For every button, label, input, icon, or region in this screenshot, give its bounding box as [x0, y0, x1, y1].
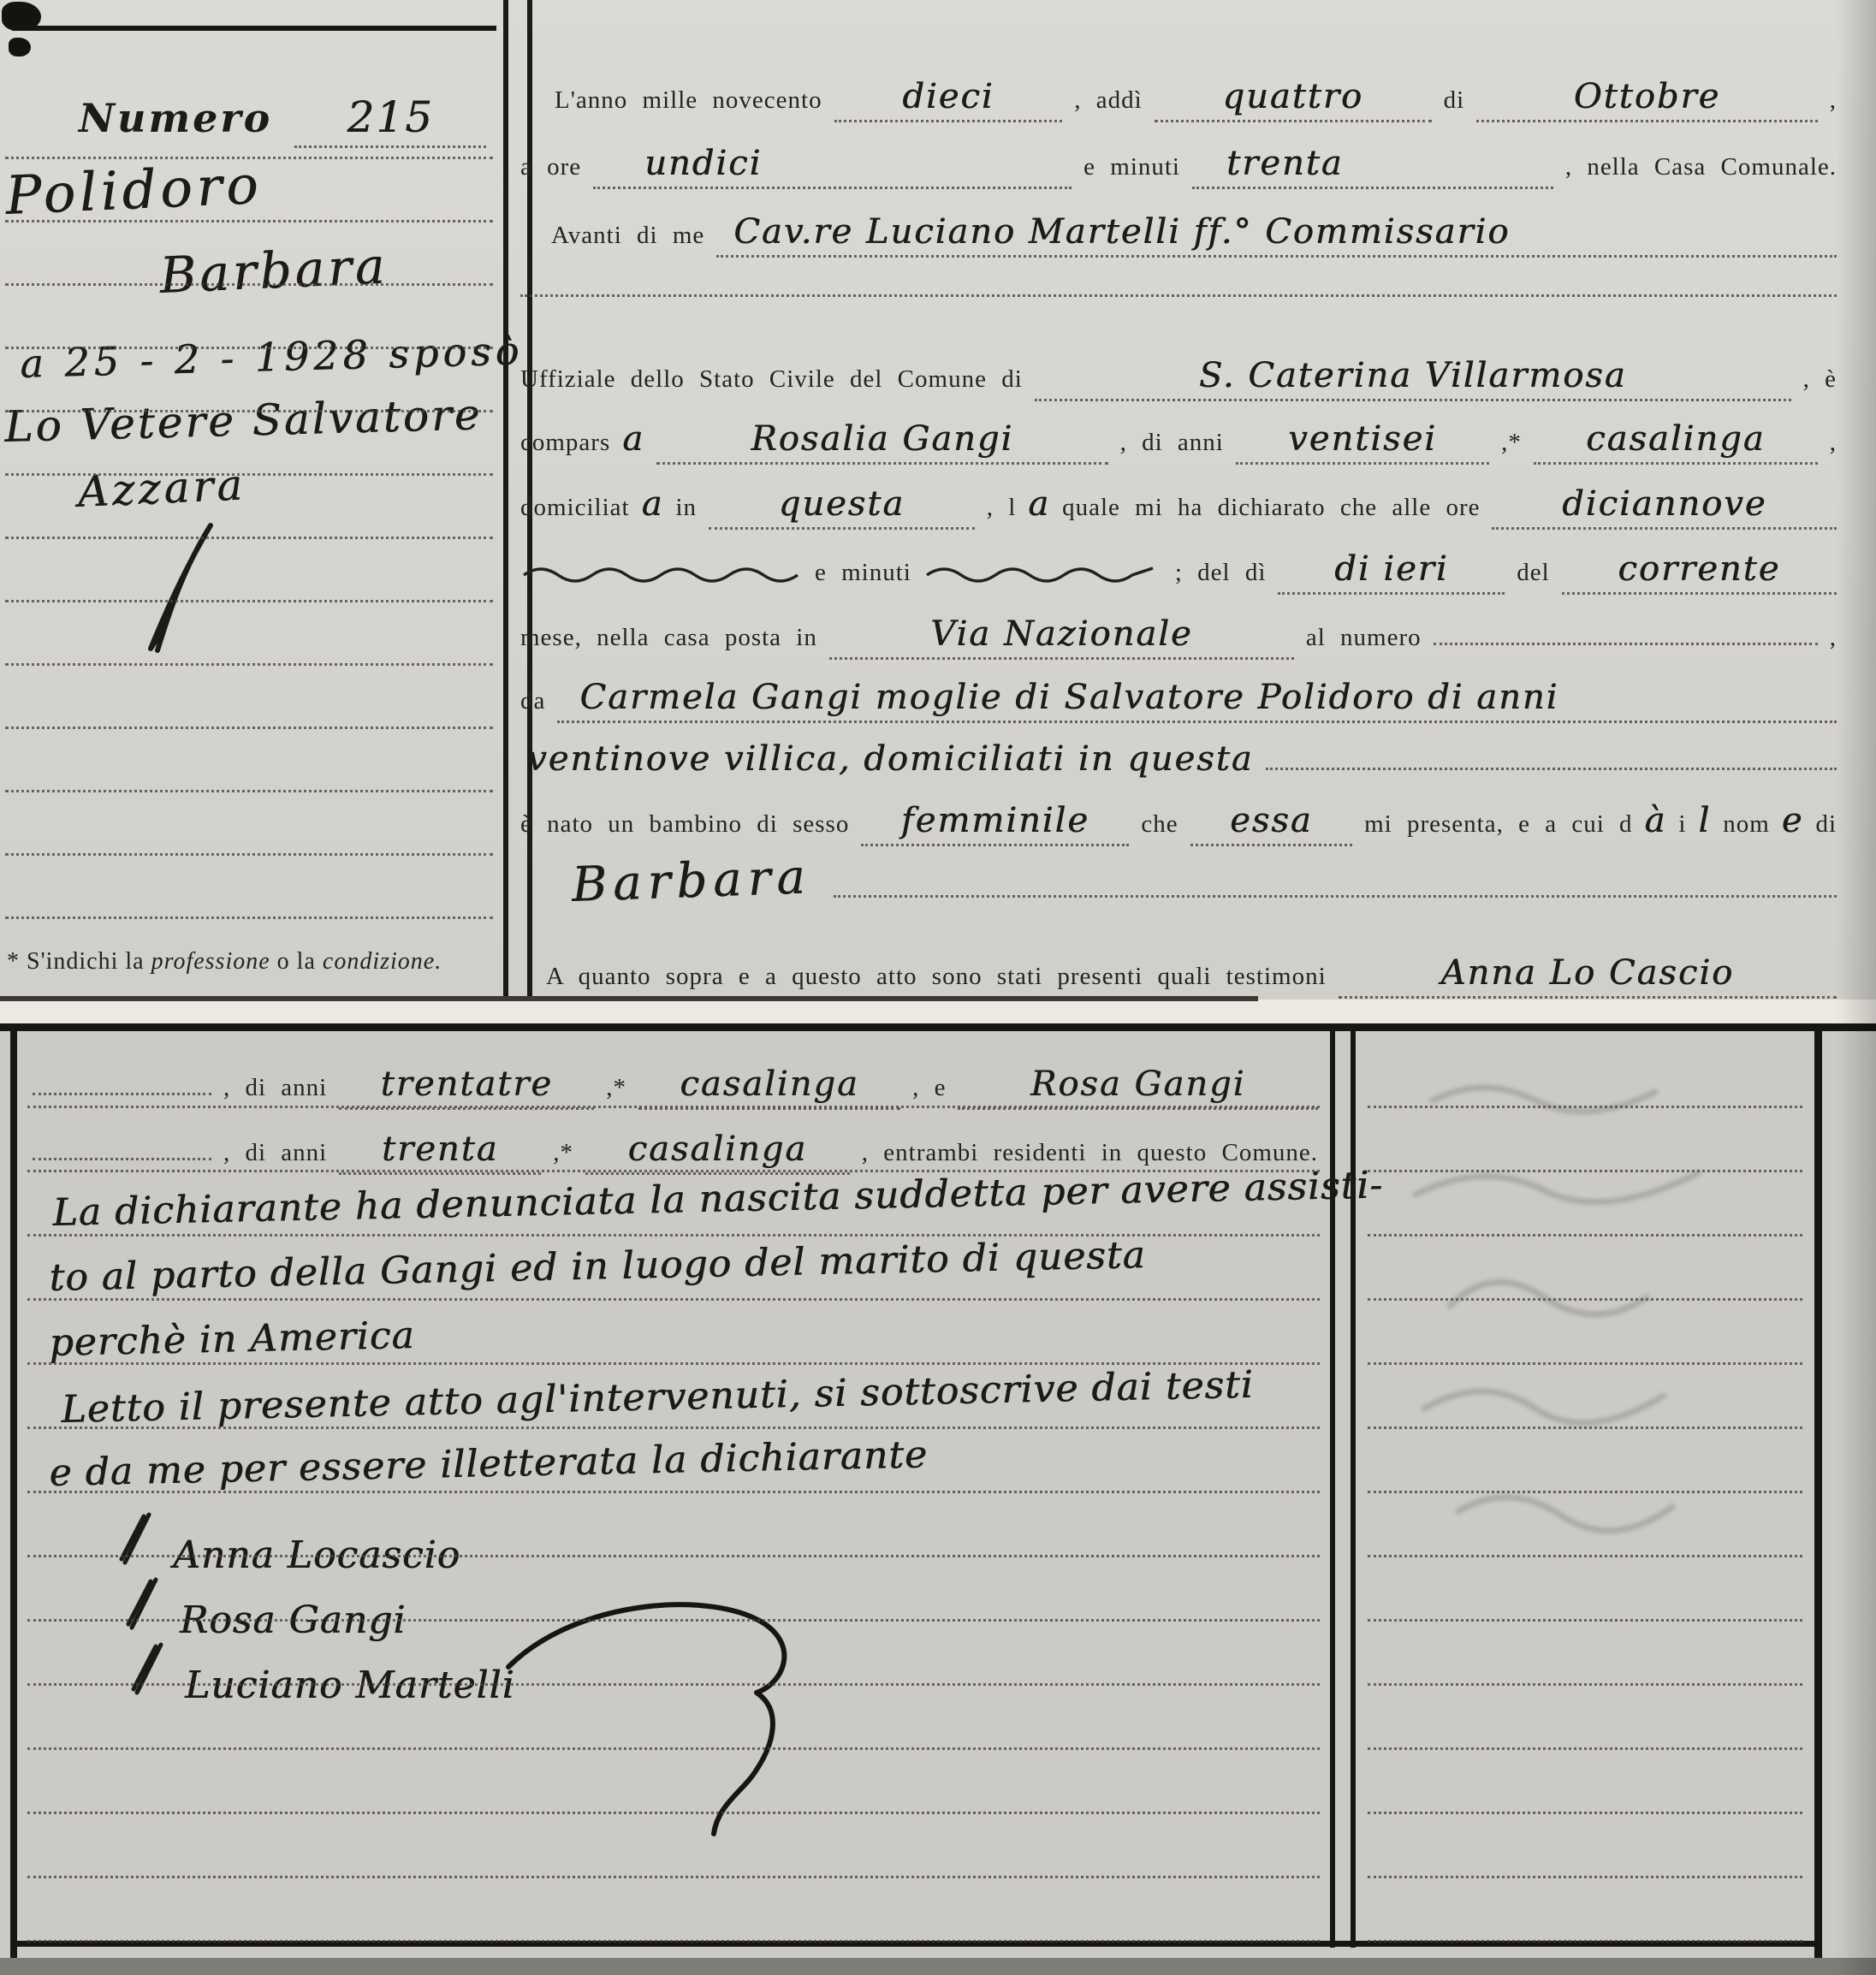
- printed-text: ,*: [1501, 429, 1522, 457]
- profession-fill: casalinga: [1534, 419, 1818, 465]
- presenter-fill: essa: [1190, 801, 1352, 846]
- closing-formula-line-2: e da me per essere illetterata la dichia…: [49, 1433, 928, 1495]
- witness3-name-fill: Rosa Gangi: [958, 1065, 1318, 1110]
- annotation-line-3: perchè in America: [49, 1314, 415, 1365]
- month-fill: Ottobre: [1476, 77, 1818, 122]
- printed-text: è nato un bambino di sesso: [520, 810, 849, 839]
- age-fill: ventisei: [1236, 419, 1489, 465]
- ruled-dotted-line: [1368, 1106, 1802, 1108]
- sex-fill: femminile: [861, 801, 1129, 846]
- ruled-dotted-line: [1368, 1362, 1802, 1365]
- printed-text: , di anni: [223, 1074, 327, 1102]
- letter-fill: l: [1698, 801, 1711, 840]
- ruled-dotted-line: [27, 1298, 1320, 1301]
- letter-fill: à: [1645, 801, 1667, 840]
- printed-text: A quanto sopra e a questo atto sono stat…: [546, 963, 1327, 991]
- witness2-profession-fill: casalinga: [638, 1065, 900, 1110]
- ruled-dotted-line: [1368, 1683, 1802, 1686]
- footnote-professione: professione: [151, 948, 270, 975]
- witness3-profession-fill: casalinga: [585, 1130, 850, 1175]
- act-continuation-page: , di anni trentatre ,* casalinga , e Ros…: [0, 1023, 1876, 1975]
- empty-fill: [33, 1154, 211, 1160]
- footnote-text: * S'indichi la: [7, 948, 151, 975]
- minutes-fill: trenta: [1192, 144, 1553, 189]
- printed-text: ,*: [553, 1139, 573, 1167]
- ruled-dotted-line: [1368, 1426, 1802, 1429]
- nullified-blank-squiggle: [923, 561, 1163, 584]
- signature-row-1: Anna Locascio: [118, 1511, 460, 1577]
- witness2-age-fill: trentatre: [339, 1065, 594, 1110]
- house-number-fill: [1434, 639, 1818, 645]
- ruled-dotted-line: [5, 600, 493, 602]
- printed-text: di: [1815, 810, 1837, 839]
- printed-text: ,: [1830, 429, 1837, 457]
- printed-text: da: [520, 687, 545, 715]
- ruled-dotted-line: [27, 1234, 1320, 1237]
- printed-text: e minuti: [1083, 153, 1180, 181]
- blank-ruled-line: [520, 291, 1837, 330]
- act-line-3: Avanti di me Cav.re Luciano Martelli ff.…: [520, 212, 1837, 258]
- numero-label: Numero: [79, 95, 272, 141]
- ruled-dotted-line: [5, 473, 493, 476]
- act-line-1: L'anno mille novecento dieci , addì quat…: [520, 77, 1837, 122]
- printed-text: , è: [1803, 365, 1837, 394]
- ruled-dotted-line: [5, 853, 493, 856]
- footnote-condizione: condizione.: [323, 948, 442, 975]
- act-line-4: Uffiziale dello Stato Civile del Comune …: [520, 356, 1837, 401]
- act-number: 215: [294, 92, 486, 148]
- continuation-main-column: , di anni trentatre ,* casalinga , e Ros…: [24, 1023, 1325, 1948]
- printed-text: i: [1678, 810, 1686, 839]
- printed-text: quale mi ha dichiarato che alle ore: [1062, 494, 1480, 522]
- bleedthrough-ink: [1381, 1049, 1784, 1580]
- scan-edge-shading: [1837, 0, 1876, 1975]
- printed-text: Avanti di me: [551, 222, 704, 250]
- printed-text: ,: [1830, 624, 1837, 652]
- act-line-10: ventinove villica, domiciliati in questa: [520, 739, 1837, 779]
- child-given-name: Barbara: [158, 236, 389, 305]
- birth-hour-fill: diciannove: [1492, 484, 1837, 530]
- mother-statement-fill: Carmela Gangi moglie di Salvatore Polido…: [557, 678, 1837, 723]
- printed-text: a ore: [520, 153, 581, 181]
- printed-text: in: [675, 494, 697, 522]
- official-name-fill: Cav.re Luciano Martelli ff.° Commissario: [716, 212, 1837, 258]
- empty-fill: [834, 892, 1837, 898]
- letter-fill: e: [1782, 801, 1804, 840]
- act-line-6: domiciliat a in questa , l a quale mi ha…: [520, 484, 1837, 530]
- printed-text: , e: [912, 1074, 946, 1102]
- printed-text: ; del dì: [1175, 559, 1267, 587]
- printed-text: che: [1141, 810, 1178, 839]
- signature-paraph: [125, 1576, 161, 1633]
- ruled-dotted-line: [1368, 1555, 1802, 1557]
- empty-fill: [520, 291, 1837, 297]
- act-line-12: Barbara: [520, 854, 1837, 913]
- witness1-name-fill: Anna Lo Cascio: [1339, 953, 1837, 999]
- signature-flourish: [500, 1590, 825, 1847]
- printed-text: , di anni: [1120, 429, 1224, 457]
- marriage-note-line1: a 25 - 2 - 1928 sposò: [20, 328, 524, 387]
- ruled-dotted-line: [27, 1362, 1320, 1365]
- signature-paraph: [130, 1641, 166, 1698]
- printed-text: Uffiziale dello Stato Civile del Comune …: [520, 365, 1023, 394]
- ruled-dotted-line: [1368, 1170, 1802, 1172]
- ruled-dotted-line: [5, 663, 493, 666]
- ruled-dotted-line: [1368, 1619, 1802, 1622]
- marriage-note-line3: Azzara: [76, 460, 246, 517]
- ruled-dotted-line: [27, 1426, 1320, 1429]
- ruled-dotted-line: [1368, 1491, 1802, 1493]
- ruled-dotted-line: [5, 727, 493, 729]
- year-fill: dieci: [834, 77, 1063, 122]
- signature-paraph: [118, 1511, 154, 1568]
- ruled-dotted-line: [27, 1555, 1320, 1557]
- act-line-13: A quanto sopra e a questo atto sono stat…: [520, 953, 1837, 999]
- act-line-5: compars a Rosalia Gangi , di anni ventis…: [520, 419, 1837, 465]
- gender-suffix-fill: a: [622, 419, 644, 459]
- pen-flourish: [128, 520, 231, 666]
- act-line-2: a ore undici e minuti trenta , nella Cas…: [520, 144, 1837, 189]
- act-line-11: è nato un bambino di sesso femminile che…: [520, 801, 1837, 846]
- ruled-dotted-line: [27, 1683, 1320, 1686]
- printed-text: , di anni: [223, 1139, 327, 1167]
- printed-text: al numero: [1306, 624, 1422, 652]
- printed-text: , nella Casa Comunale.: [1565, 153, 1837, 181]
- ruled-dotted-line: [1368, 1940, 1802, 1942]
- printed-text: ,: [1830, 86, 1837, 115]
- ruled-dotted-line: [5, 347, 493, 349]
- empty-fill: [33, 1089, 211, 1095]
- ruled-dotted-line: [27, 1491, 1320, 1493]
- gender-suffix-fill: a: [642, 484, 664, 524]
- street-fill: Via Nazionale: [829, 614, 1294, 660]
- page-border-right: [1814, 1023, 1822, 1961]
- child-name-fill: Barbara: [519, 849, 822, 918]
- ruled-dotted-line: [27, 1812, 1320, 1814]
- signature-row-3: Luciano Martelli: [130, 1641, 825, 1847]
- printed-text: L'anno mille novecento: [555, 86, 822, 115]
- marriage-note-line2: Lo Vetere Salvatore: [3, 389, 482, 452]
- margin-column: Numero 215 Polidoro Barbara a 25 - 2 - 1…: [0, 0, 503, 999]
- ruled-dotted-line: [27, 1106, 1320, 1108]
- ruled-dotted-line: [27, 1747, 1320, 1750]
- printed-text: ,*: [606, 1074, 626, 1102]
- nullified-blank-squiggle: [520, 561, 803, 584]
- ruled-dotted-line: [5, 283, 493, 286]
- ruled-dotted-line: [5, 157, 493, 159]
- printed-text: domiciliat: [520, 494, 630, 522]
- witness3-age-fill: trenta: [339, 1130, 541, 1175]
- closing-formula-line-1: Letto il presente atto agl'intervenuti, …: [61, 1363, 1254, 1432]
- printed-text: di: [1444, 86, 1465, 115]
- witness-line-2: , di anni trentatre ,* casalinga , e Ros…: [33, 1065, 1318, 1110]
- birth-register-scan: Numero 215 Polidoro Barbara a 25 - 2 - 1…: [0, 0, 1876, 1975]
- margin-divider-rule: [1330, 1023, 1356, 1948]
- printed-text: , addì: [1074, 86, 1142, 115]
- printed-text: , entrambi residenti in questo Comune.: [862, 1139, 1318, 1167]
- child-surname: Polidoro: [4, 153, 264, 227]
- declarant-name-fill: Rosalia Gangi: [656, 419, 1108, 465]
- page-break-gap: [0, 999, 1876, 1023]
- birth-day-fill: di ieri: [1278, 549, 1505, 595]
- act-line-8: mese, nella casa posta in Via Nazionale …: [520, 614, 1837, 660]
- ruled-dotted-line: [5, 537, 493, 539]
- hour-fill: undici: [593, 144, 1072, 189]
- empty-fill: [1266, 764, 1837, 770]
- footnote-text: o la: [270, 948, 323, 975]
- birth-month-fill: corrente: [1562, 549, 1837, 595]
- signature-row-2: Rosa Gangi: [125, 1576, 406, 1642]
- page-edge-shadow: [0, 996, 1258, 1001]
- ruled-dotted-line: [27, 1940, 1320, 1942]
- annotation-line-2: to al parto della Gangi ed in luogo del …: [49, 1233, 1146, 1300]
- day-fill: quattro: [1155, 77, 1432, 122]
- act-line-9: da Carmela Gangi moglie di Salvatore Pol…: [520, 678, 1837, 723]
- printed-text: del: [1517, 559, 1549, 587]
- gender-suffix-fill: a: [1028, 484, 1050, 524]
- ruled-dotted-line: [27, 1619, 1320, 1622]
- ruled-dotted-line: [27, 1876, 1320, 1878]
- page-border-left: [10, 1023, 17, 1961]
- continuation-margin-column: [1364, 1023, 1808, 1948]
- printed-text: e minuti: [815, 559, 911, 587]
- ruled-dotted-line: [5, 790, 493, 792]
- page-bottom-edge: [0, 1958, 1876, 1975]
- printed-text: , l: [987, 494, 1017, 522]
- ruled-dotted-line: [1368, 1876, 1802, 1878]
- residence-fill: questa: [709, 484, 975, 530]
- act-line-7: e minuti ; del dì di ieri del corrente: [520, 549, 1837, 595]
- printed-text: mi presenta, e a cui d: [1364, 810, 1632, 839]
- mother-statement-fill-2: ventinove villica, domiciliati in questa: [520, 739, 1254, 779]
- comune-fill: S. Caterina Villarmosa: [1035, 356, 1791, 401]
- printed-text: mese, nella casa posta in: [520, 624, 817, 652]
- ruled-dotted-line: [1368, 1747, 1802, 1750]
- ruled-dotted-line: [5, 220, 493, 222]
- ruled-dotted-line: [1368, 1234, 1802, 1237]
- printed-text: compars: [520, 429, 610, 457]
- printed-text: nom: [1723, 810, 1770, 839]
- ruled-dotted-line: [5, 916, 493, 919]
- act-body-column: L'anno mille novecento dieci , addì quat…: [520, 0, 1845, 999]
- ruled-dotted-line: [1368, 1812, 1802, 1814]
- act-page: Numero 215 Polidoro Barbara a 25 - 2 - 1…: [0, 0, 1876, 999]
- ruled-dotted-line: [5, 410, 493, 412]
- ruled-dotted-line: [27, 1170, 1320, 1172]
- ruled-dotted-line: [1368, 1298, 1802, 1301]
